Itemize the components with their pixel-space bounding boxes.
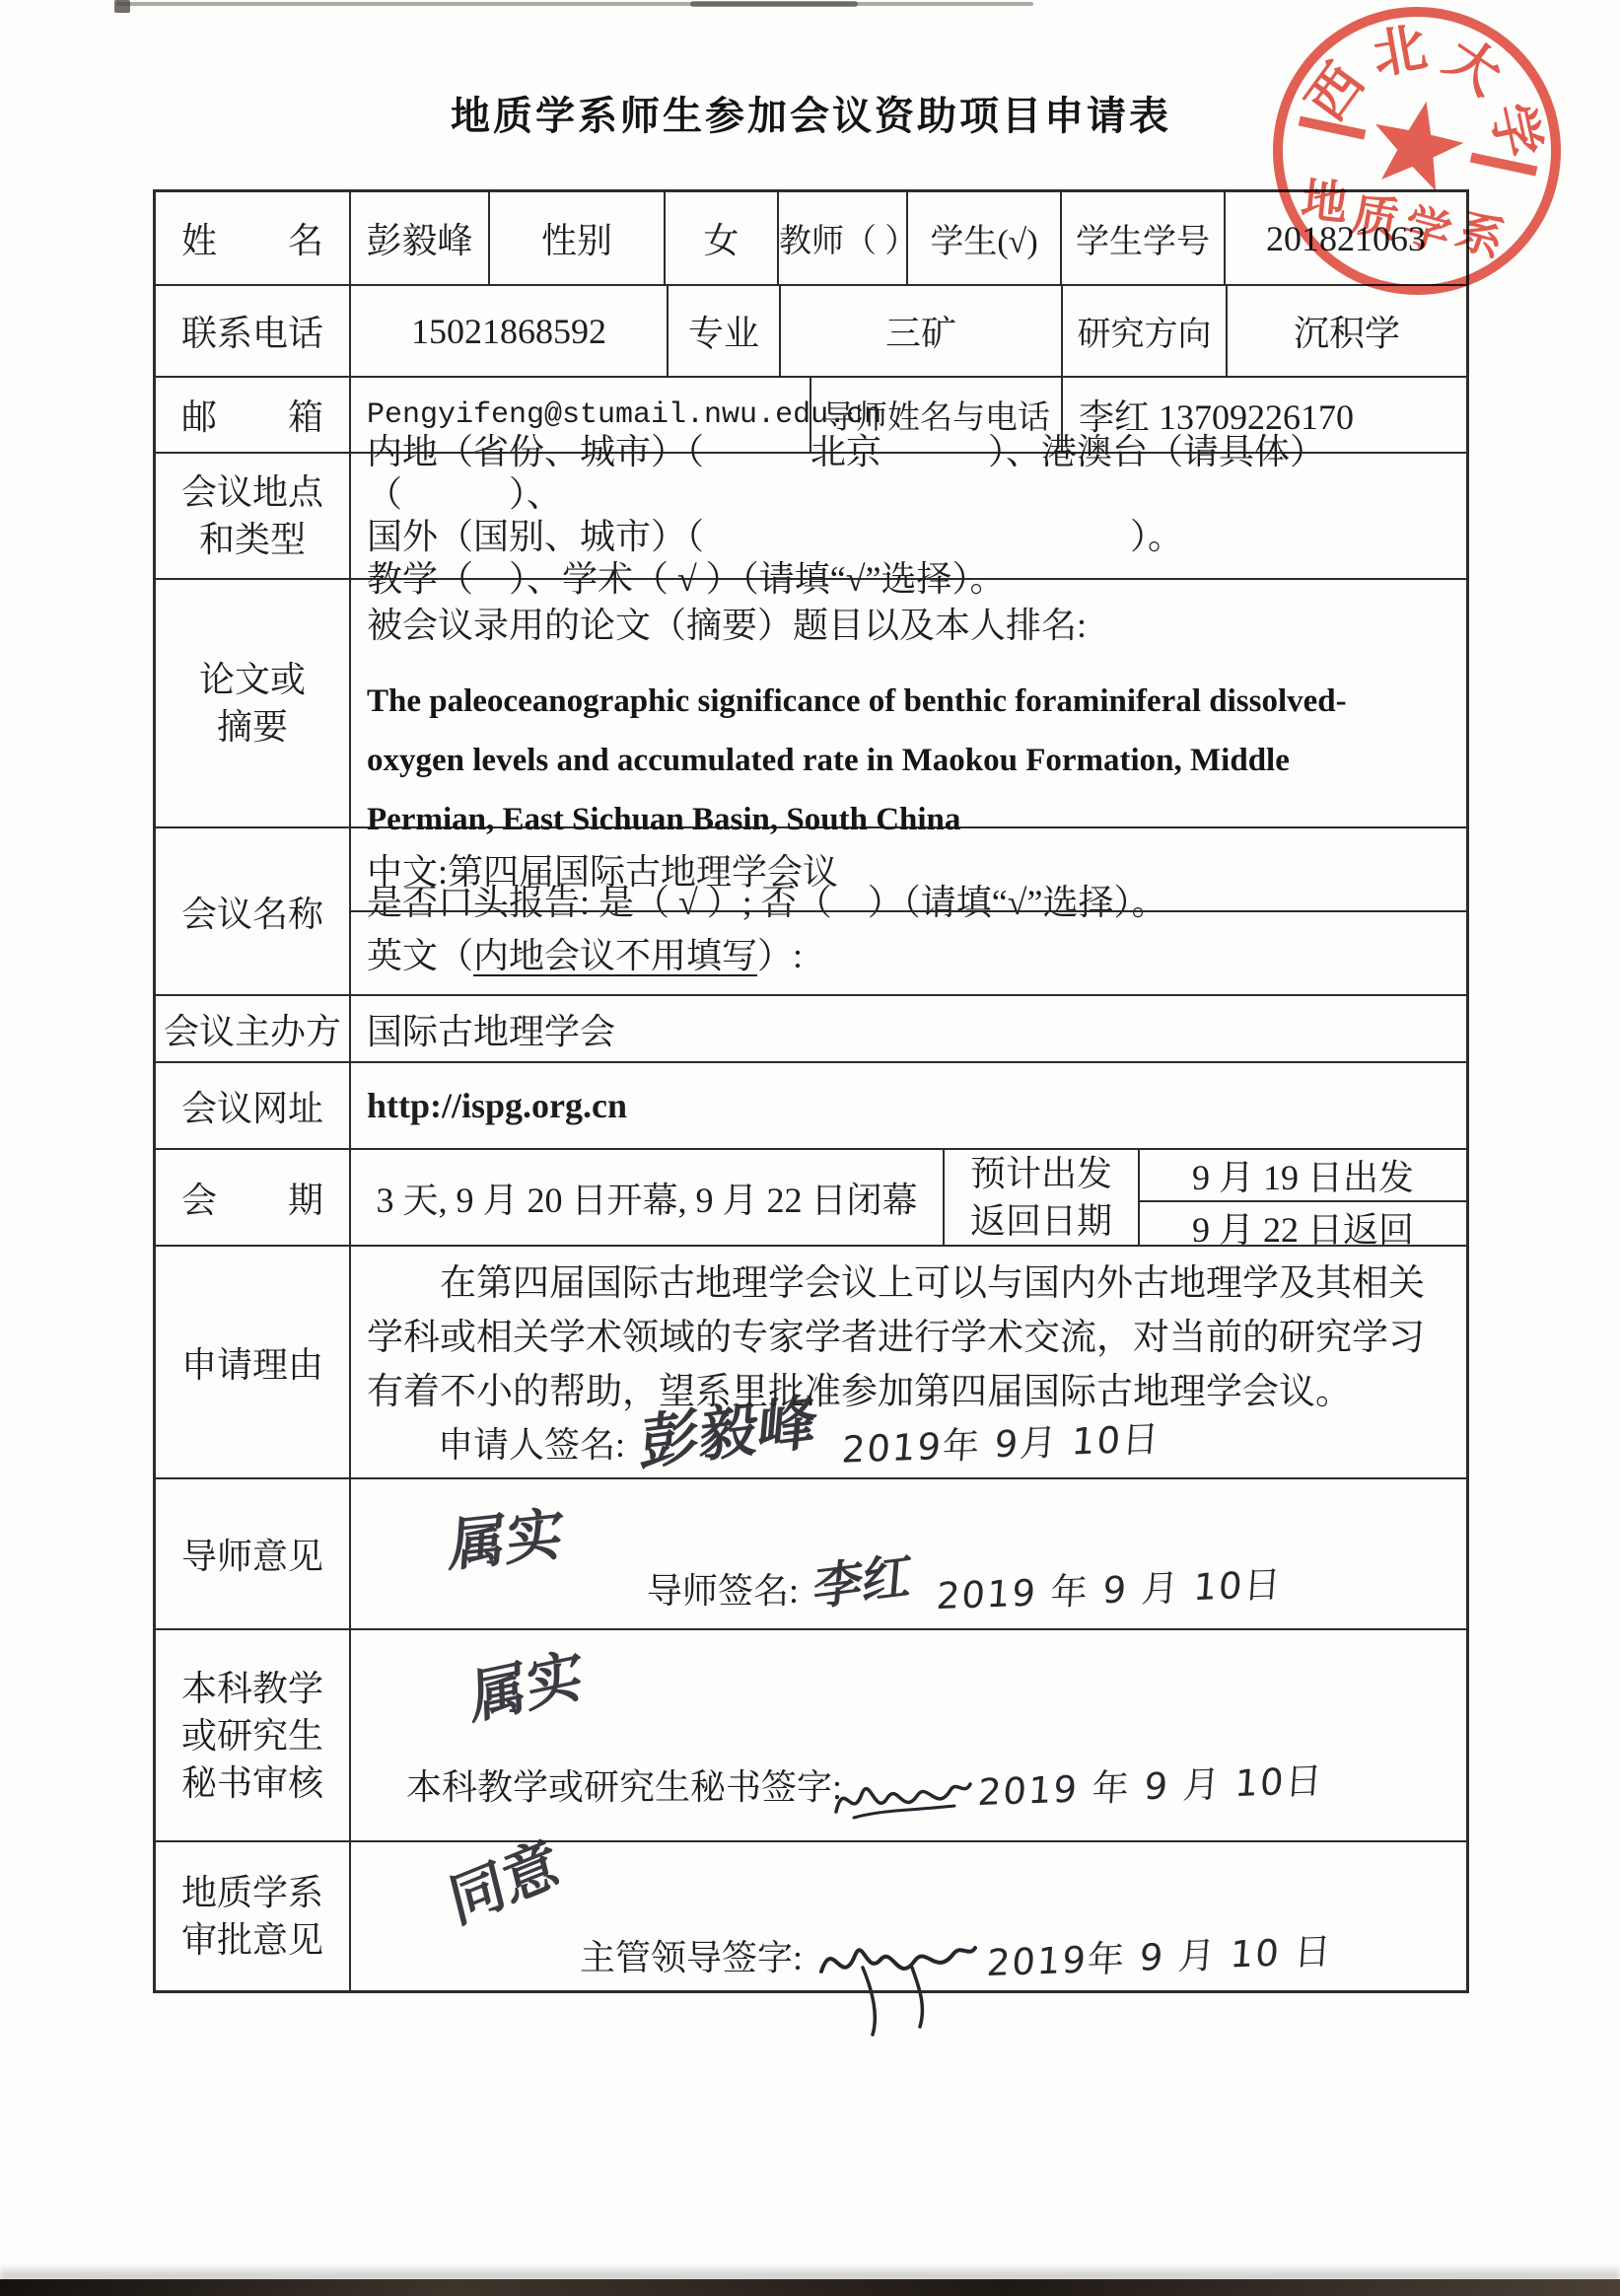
- department-approval-label: 地质学系 审批意见: [156, 1842, 351, 1990]
- paper-title-english: The paleoceanographic significance of be…: [367, 672, 1412, 849]
- row-department-approval: 地质学系 审批意见 同意 主管领导签字: 2019年 9 月 10 日: [156, 1842, 1466, 1990]
- website-value: http://ispg.org.cn: [351, 1063, 1466, 1148]
- teacher-option: 教师（ ）: [779, 192, 908, 284]
- email-label: 邮 箱: [156, 378, 351, 452]
- conference-name-en: 英文（ 内地会议不用填写 ）:: [351, 912, 1466, 994]
- venue-type-label: 会议地点 和类型: [156, 454, 351, 578]
- scan-artifact: [116, 2, 1033, 6]
- reason-content: 在第四届国际古地理学会议上可以与国内外古地理学及其相关学科或相关学术领域的专家学…: [351, 1247, 1466, 1477]
- applicant-signature-line: 申请人签名: 彭毅峰 2019年 9月 10日: [438, 1414, 1161, 1468]
- secretary-signature-scrawl: [826, 1766, 974, 1830]
- host-value: 国际古地理学会: [351, 996, 1466, 1061]
- gender-label: 性别: [490, 192, 666, 284]
- row-secretary-review: 本科教学 或研究生 秘书审核 属实 本科教学或研究生秘书签字:2019 年 9 …: [156, 1630, 1466, 1842]
- venue-type-content: 内地（省份、城市）（ 北京 ）、港澳台（请具体）（ ）、 国外（国别、城市）（ …: [351, 454, 1466, 578]
- conference-en-suffix: ）:: [757, 928, 803, 978]
- schedule-label: 会 期: [156, 1150, 351, 1245]
- seal-bottom-char: 地: [1299, 175, 1350, 231]
- leader-sign-date: 2019年 9 月 10 日: [985, 1921, 1334, 1986]
- leader-sign-label: 主管领导签字:: [580, 1938, 811, 1977]
- host-label: 会议主办方: [156, 996, 351, 1061]
- gender-value: 女: [666, 192, 779, 284]
- conference-zh-value: 第四届国际古地理学会议: [448, 844, 838, 895]
- leader-signature-line: 主管领导签字: 2019年 9 月 10 日: [580, 1927, 1333, 1991]
- applicant-signature-handwritten: 彭毅峰: [641, 1422, 817, 1444]
- reason-paragraph: 在第四届国际古地理学会议上可以与国内外古地理学及其相关学科或相关学术领域的专家学…: [351, 1247, 1466, 1419]
- name-value: 彭毅峰: [351, 192, 490, 284]
- website-label: 会议网址: [156, 1063, 351, 1148]
- paper-intro: 被会议录用的论文（摘要）题目以及本人排名:: [367, 598, 1412, 648]
- venue-line-mainland: 内地（省份、城市）（ 北京 ）、港澳台（请具体）（ ）、: [367, 431, 1466, 516]
- advisor-sign-date: 2019 年 9 月 10日: [935, 1554, 1284, 1619]
- department-approval-content: 同意 主管领导签字: 2019年 9 月 10 日: [351, 1842, 1466, 1990]
- return-date-value: 9 月 22 日返回: [1140, 1202, 1466, 1253]
- phone-label: 联系电话: [156, 286, 351, 376]
- advisor-sign-label: 导师签名:: [647, 1571, 808, 1611]
- conference-zh-prefix: 中文:: [367, 844, 448, 895]
- conference-name-label: 会议名称: [156, 828, 351, 994]
- row-advisor-opinion: 导师意见 属实 导师签名: 李红 2019 年 9 月 10日: [156, 1479, 1466, 1630]
- reason-label: 申请理由: [156, 1247, 351, 1477]
- major-label: 专业: [669, 286, 781, 376]
- paper-content: 被会议录用的论文（摘要）题目以及本人排名: The paleoceanograp…: [351, 580, 1466, 826]
- conference-en-prefix: 英文（: [367, 928, 473, 978]
- applicant-sign-label: 申请人签名:: [438, 1425, 634, 1465]
- advisor-signature-handwritten: 李红: [813, 1576, 911, 1588]
- schedule-value: 3 天, 9 月 20 日开幕, 9 月 22 日闭幕: [351, 1150, 945, 1245]
- secretary-sign-label: 本科教学或研究生秘书签字:: [406, 1767, 842, 1807]
- advisor-opinion-content: 属实 导师签名: 李红 2019 年 9 月 10日: [351, 1479, 1466, 1628]
- row-paper: 论文或 摘要 被会议录用的论文（摘要）题目以及本人排名: The paleoce…: [156, 580, 1466, 828]
- row-schedule: 会 期 3 天, 9 月 20 日开幕, 9 月 22 日闭幕 预计出发 返回日…: [156, 1150, 1466, 1247]
- scan-artifact: [690, 1, 858, 7]
- secretary-signature-line: 本科教学或研究生秘书签字:2019 年 9 月 10日: [406, 1757, 1324, 1816]
- student-id-label: 学生学号: [1062, 192, 1226, 284]
- scan-artifact: [0, 2279, 1620, 2296]
- row-venue-type: 会议地点 和类型 内地（省份、城市）（ 北京 ）、港澳台（请具体）（ ）、 国外…: [156, 454, 1466, 580]
- advisor-opinion-label: 导师意见: [156, 1479, 351, 1628]
- scan-artifact: [0, 2264, 1620, 2280]
- secretary-comment-handwritten: 属实: [469, 1627, 584, 1735]
- seal-arc-char: 北: [1369, 18, 1432, 85]
- conference-name-zh: 中文: 第四届国际古地理学会议: [351, 828, 1466, 912]
- student-option-checked: 学生(√): [908, 192, 1062, 284]
- seal-arc-char: 学: [1481, 99, 1550, 163]
- advisor-signature-line: 导师签名: 李红 2019 年 9 月 10日: [647, 1560, 1283, 1614]
- secretary-review-content: 属实 本科教学或研究生秘书签字:2019 年 9 月 10日: [351, 1630, 1466, 1840]
- row-contact: 联系电话 15021868592 专业 三矿 研究方向 沉积学: [156, 286, 1466, 378]
- application-form-table: 姓 名 彭毅峰 性别 女 教师（ ） 学生(√) 学生学号 201821063 …: [153, 189, 1469, 1993]
- leader-signature-scrawl: [804, 1932, 981, 2041]
- row-reason: 申请理由 在第四届国际古地理学会议上可以与国内外古地理学及其相关学科或相关学术领…: [156, 1247, 1466, 1479]
- scanned-application-form: 地质学系师生参加会议资助项目申请表 西 北 大 学 地 质 学 系 姓 名 彭毅…: [0, 0, 1620, 2296]
- row-website: 会议网址 http://ispg.org.cn: [156, 1063, 1466, 1150]
- depart-return-label: 预计出发 返回日期: [945, 1150, 1140, 1245]
- seal-bottom-char: 质: [1348, 189, 1402, 248]
- seal-bottom-char: 学: [1398, 200, 1456, 261]
- major-value: 三矿: [781, 286, 1063, 376]
- secretary-review-label: 本科教学 或研究生 秘书审核: [156, 1630, 351, 1840]
- depart-date-value: 9 月 19 日出发: [1140, 1150, 1466, 1202]
- venue-line-abroad: 国外（国别、城市）（ ）。: [367, 516, 1466, 558]
- phone-value: 15021868592: [351, 286, 669, 376]
- seal-star-icon: [1365, 92, 1470, 194]
- row-conference-name: 会议名称 中文: 第四届国际古地理学会议 英文（ 内地会议不用填写 ）:: [156, 828, 1466, 996]
- applicant-sign-date: 2019年 9月 10日: [840, 1408, 1162, 1472]
- advisor-comment-handwritten: 属实: [447, 1486, 566, 1582]
- secretary-sign-date: 2019 年 9 月 10日: [976, 1751, 1325, 1816]
- row-host: 会议主办方 国际古地理学会: [156, 996, 1466, 1063]
- name-label: 姓 名: [156, 192, 351, 284]
- paper-label: 论文或 摘要: [156, 580, 351, 826]
- conference-en-note: 内地会议不用填写: [473, 928, 757, 978]
- research-direction-label: 研究方向: [1063, 286, 1228, 376]
